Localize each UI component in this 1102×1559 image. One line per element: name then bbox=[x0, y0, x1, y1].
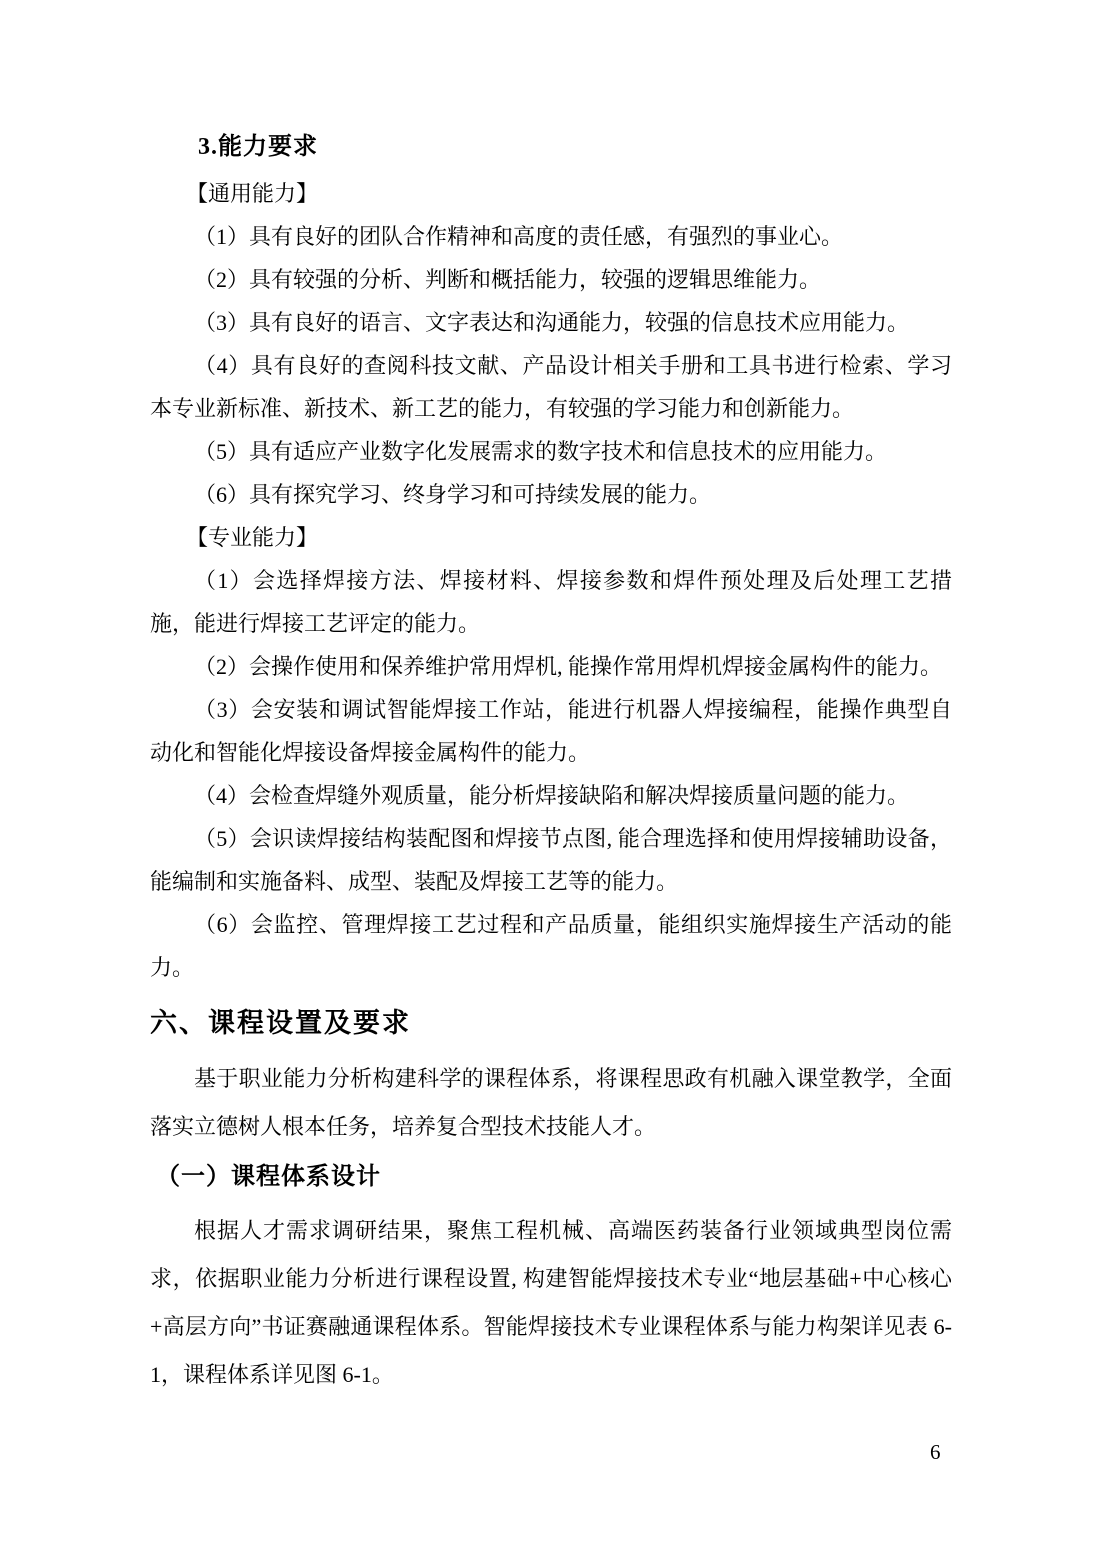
professional-ability-item-2: （2）会操作使用和保养维护常用焊机, 能操作常用焊机焊接金属构件的能力。 bbox=[150, 645, 952, 688]
subsection-6-1-heading: （一）课程体系设计 bbox=[156, 1159, 952, 1195]
section-3-heading: 3.能力要求 bbox=[198, 122, 952, 172]
section-6-intro: 基于职业能力分析构建科学的课程体系，将课程思政有机融入课堂教学，全面落实立德树人… bbox=[150, 1055, 952, 1151]
page-number: 6 bbox=[930, 1440, 941, 1465]
general-ability-item-4: （4）具有良好的查阅科技文献、产品设计相关手册和工具书进行检索、学习本专业新标准… bbox=[150, 344, 952, 430]
general-ability-item-2: （2）具有较强的分析、判断和概括能力，较强的逻辑思维能力。 bbox=[150, 258, 952, 301]
professional-ability-item-1: （1）会选择焊接方法、焊接材料、焊接参数和焊件预处理及后处理工艺措施，能进行焊接… bbox=[150, 559, 952, 645]
general-ability-item-6: （6）具有探究学习、终身学习和可持续发展的能力。 bbox=[150, 473, 952, 516]
professional-ability-label: 【专业能力】 bbox=[150, 516, 952, 559]
professional-ability-item-3: （3）会安装和调试智能焊接工作站，能进行机器人焊接编程，能操作典型自动化和智能化… bbox=[150, 688, 952, 774]
section-6-heading: 六、课程设置及要求 bbox=[150, 1003, 952, 1043]
document-canvas: { "page": { "number": "6" }, "content": … bbox=[0, 0, 1102, 1559]
professional-ability-item-6: （6）会监控、管理焊接工艺过程和产品质量，能组织实施焊接生产活动的能力。 bbox=[150, 903, 952, 989]
general-ability-item-5: （5）具有适应产业数字化发展需求的数字技术和信息技术的应用能力。 bbox=[150, 430, 952, 473]
document-page: 3.能力要求 【通用能力】 （1）具有良好的团队合作精神和高度的责任感，有强烈的… bbox=[150, 122, 952, 1399]
professional-ability-item-4: （4）会检查焊缝外观质量，能分析焊接缺陷和解决焊接质量问题的能力。 bbox=[150, 774, 952, 817]
professional-ability-item-5: （5）会识读焊接结构装配图和焊接节点图, 能合理选择和使用焊接辅助设备，能编制和… bbox=[150, 817, 952, 903]
subsection-6-1-body: 根据人才需求调研结果，聚焦工程机械、高端医药装备行业领域典型岗位需求，依据职业能… bbox=[150, 1207, 952, 1399]
general-ability-label: 【通用能力】 bbox=[150, 172, 952, 215]
general-ability-item-1: （1）具有良好的团队合作精神和高度的责任感，有强烈的事业心。 bbox=[150, 215, 952, 258]
general-ability-item-3: （3）具有良好的语言、文字表达和沟通能力，较强的信息技术应用能力。 bbox=[150, 301, 952, 344]
